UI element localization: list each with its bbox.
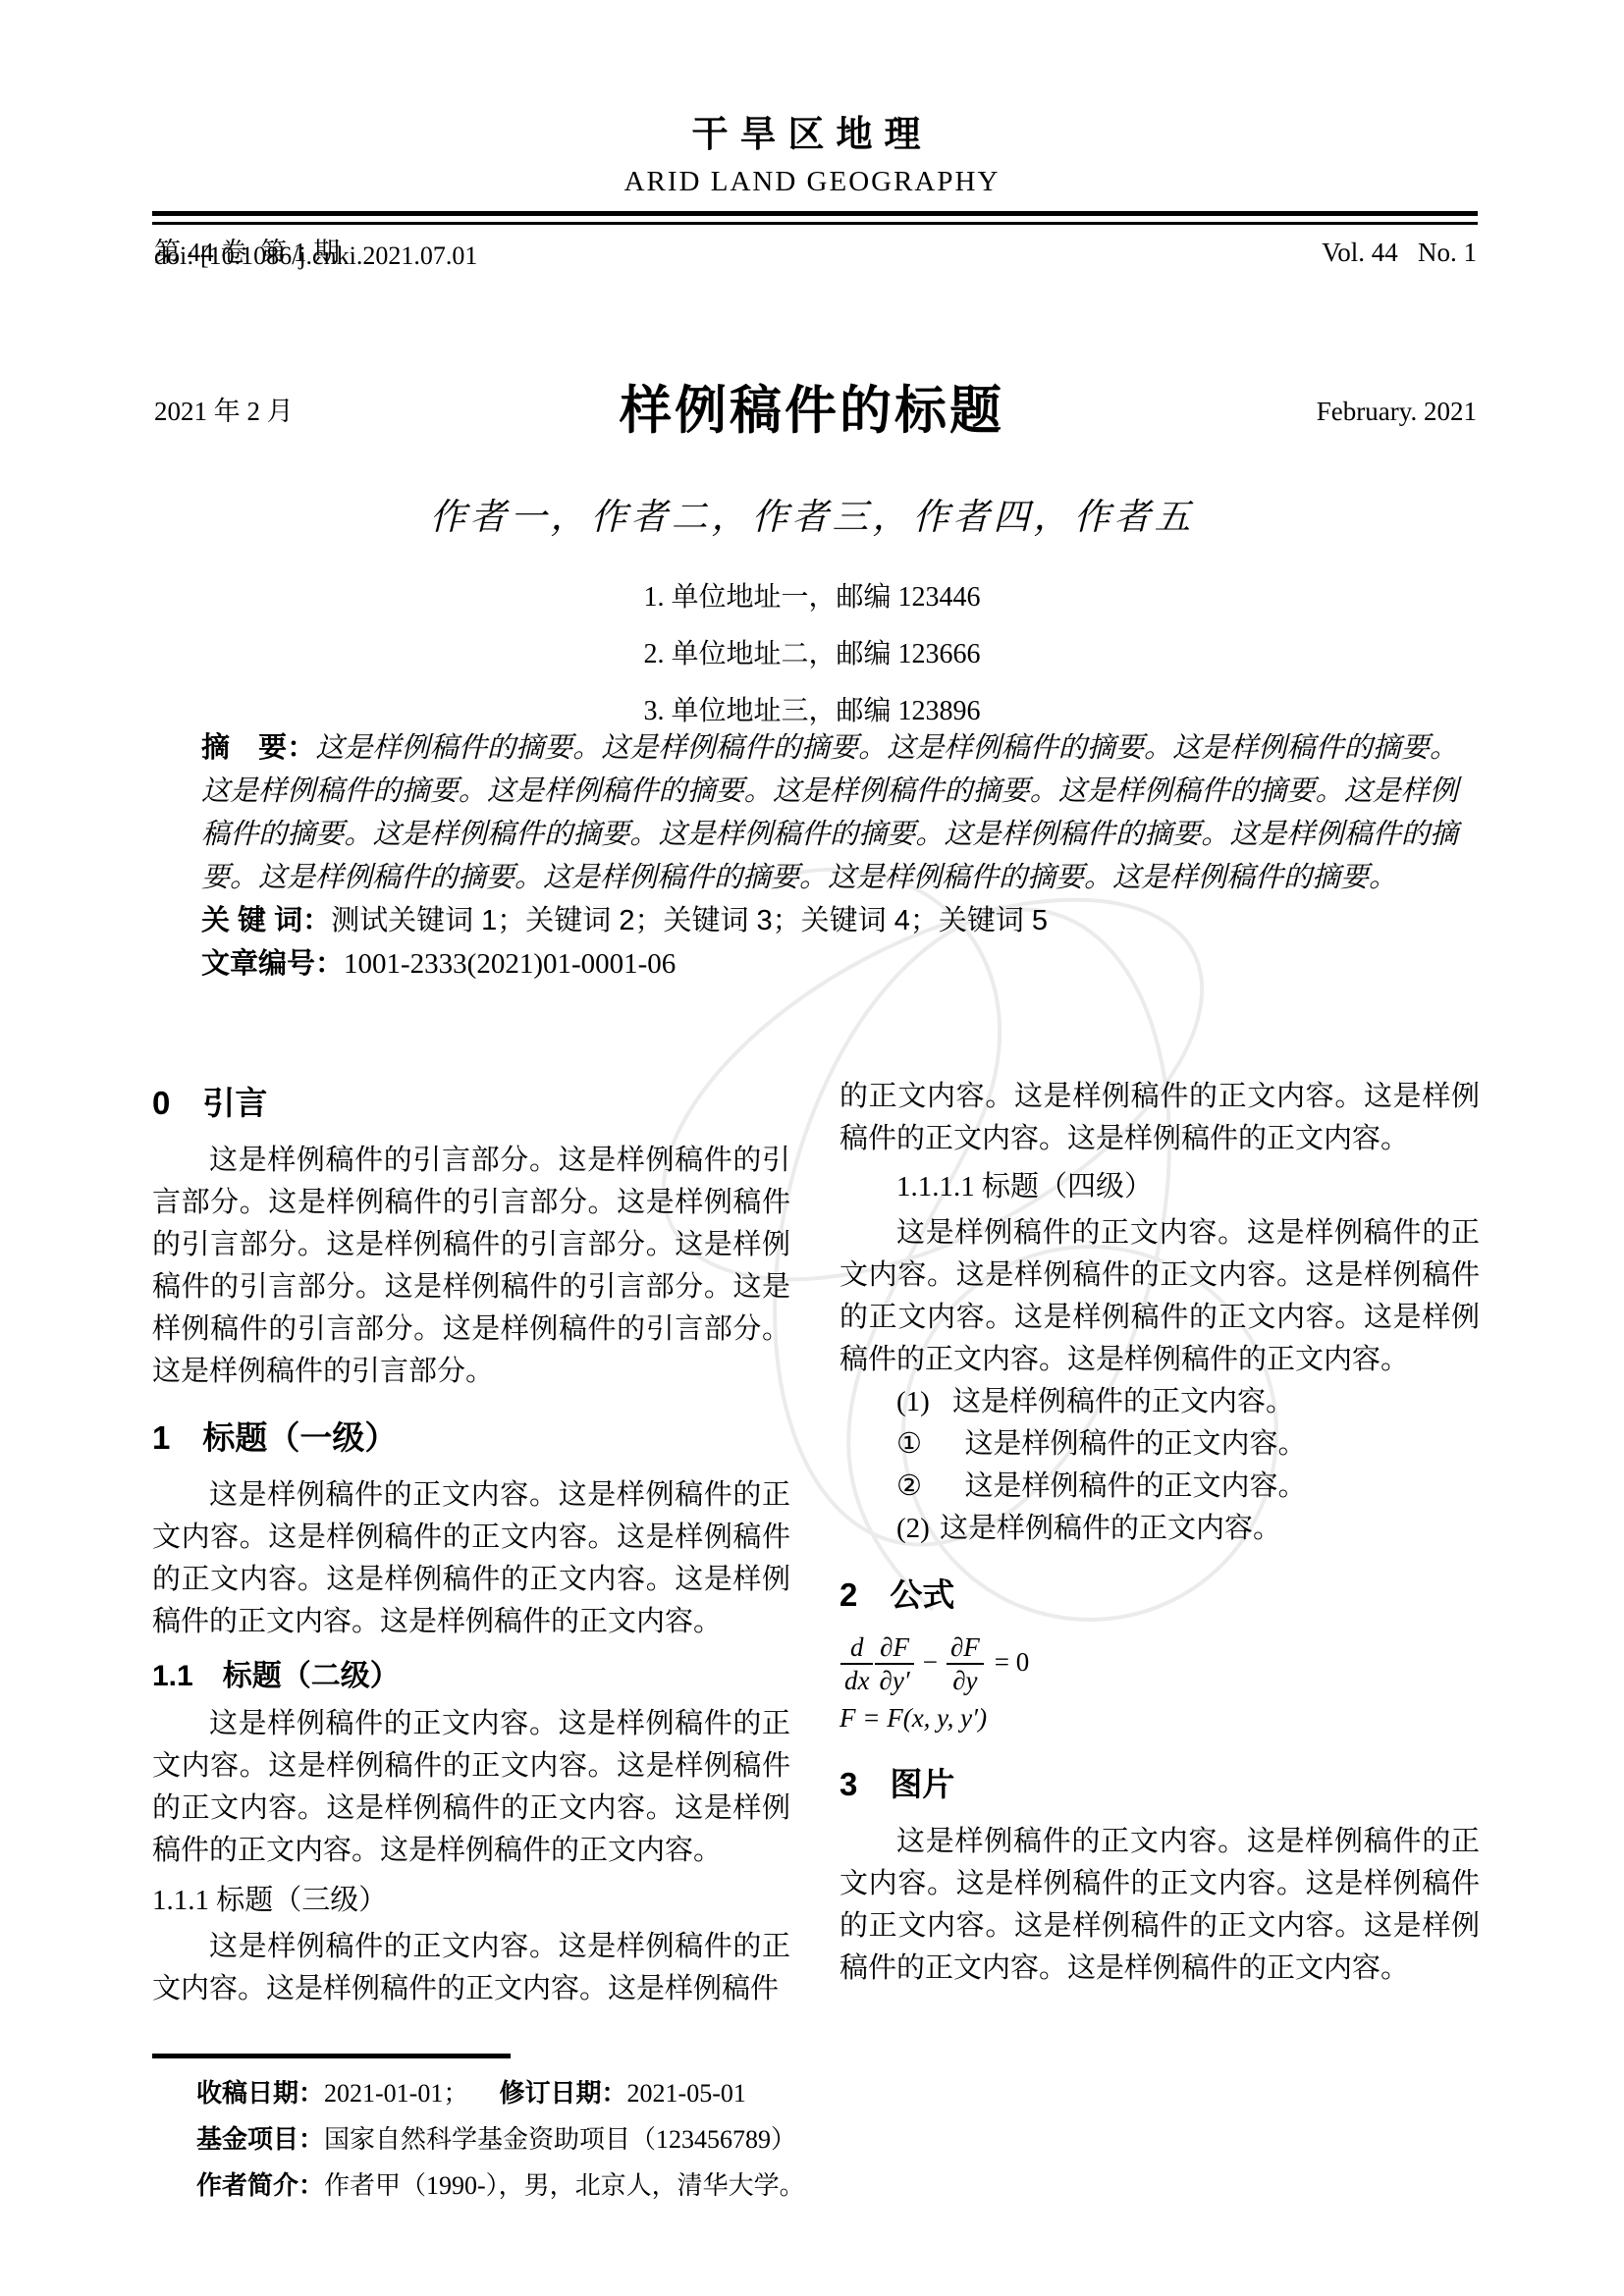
article-number-line: 文章编号：1001-2333(2021)01-0001-06 [201,942,1458,986]
footnote-block: 收稿日期：2021-01-01；修订日期：2021-05-01 基金项目：国家自… [152,2054,898,2209]
keywords-label: 关 键 词： [201,905,331,936]
minus-operator: − [923,1647,938,1677]
doi: doi: [10.1086/j.cnki.2021.07.01 [154,241,477,271]
section-heading-1: 1 标题（一级） [152,1416,790,1459]
abstract-text: 这是样例稿件的摘要。这是样例稿件的摘要。这是样例稿件的摘要。这是样例稿件的摘要。… [201,732,1458,893]
equals-zero: = 0 [995,1647,1029,1677]
bio-label: 作者简介： [196,2170,324,2200]
footnote-fund: 基金项目：国家自然科学基金资助项目（123456789） [152,2116,898,2163]
left-column: 0 引言 这是样例稿件的引言部分。这是样例稿件的引言部分。这是样例稿件的引言部分… [152,1076,790,2010]
received-value: 2021-01-01； [324,2079,468,2108]
list-item: (2)这是样例稿件的正文内容。 [839,1508,1480,1550]
list-marker: (1) [896,1381,930,1423]
fraction: ddx [840,1631,873,1697]
section-1-1-paragraph: 这是样例稿件的正文内容。这是样例稿件的正文内容。这是样例稿件的正文内容。这是样例… [152,1703,790,1872]
fraction: ∂F∂y [947,1631,984,1697]
section-3-paragraph: 这是样例稿件的正文内容。这是样例稿件的正文内容。这是样例稿件的正文内容。这是样例… [839,1821,1480,1990]
article-number-value: 1001-2333(2021)01-0001-06 [344,948,676,980]
section-heading-1-1: 1.1 标题（二级） [152,1655,790,1697]
affiliation-1: 1. 单位地址一，邮编 123446 [0,569,1624,626]
fraction-denominator: ∂y′ [875,1665,913,1696]
section-heading-3: 3 图片 [839,1763,1480,1805]
list-text: 这是样例稿件的正文内容。 [965,1470,1307,1502]
article-number-label: 文章编号： [201,948,344,980]
received-label: 收稿日期： [196,2078,324,2108]
footnote-bio: 作者简介：作者甲（1990-），男，北京人，清华大学。 [152,2163,898,2209]
list-item: ①这是样例稿件的正文内容。 [839,1423,1480,1466]
right-column: 的正文内容。这是样例稿件的正文内容。这是样例稿件的正文内容。这是样例稿件的正文内… [839,1076,1480,1990]
fraction: ∂F∂y′ [875,1631,913,1697]
abstract-block: 摘 要：这是样例稿件的摘要。这是样例稿件的摘要。这是样例稿件的摘要。这是样例稿件… [201,726,1458,986]
fraction-denominator: dx [840,1665,873,1696]
intro-paragraph: 这是样例稿件的引言部分。这是样例稿件的引言部分。这是样例稿件的引言部分。这是样例… [152,1140,790,1393]
fraction-denominator: ∂y [947,1665,984,1696]
section-heading-2: 2 公式 [839,1574,1480,1616]
list-text: 这是样例稿件的正文内容。 [965,1428,1307,1460]
list-marker: ① [896,1423,922,1466]
list-marker: ② [896,1466,922,1508]
affiliation-2: 2. 单位地址二，邮编 123666 [0,626,1624,683]
list-text: 这是样例稿件的正文内容。 [940,1513,1281,1544]
section-1-paragraph: 这是样例稿件的正文内容。这是样例稿件的正文内容。这是样例稿件的正文内容。这是样例… [152,1474,790,1643]
journal-page: 第 44 卷 第 1 期 2021 年 2 月 干旱区地理 ARID LAND … [0,0,1624,2296]
header-right: Vol. 44 No. 1 February. 2021 [1317,120,1477,544]
keywords-text: 测试关键词 1；关键词 2；关键词 3；关键词 4；关键词 5 [331,905,1048,936]
header-divider [152,211,1478,225]
abstract-paragraph: 摘 要：这是样例稿件的摘要。这是样例稿件的摘要。这是样例稿件的摘要。这是样例稿件… [201,726,1458,899]
section-heading-1-1-1: 1.1.1 标题（三级） [152,1880,790,1922]
list-text: 这是样例稿件的正文内容。 [952,1386,1294,1417]
volume-issue-en: Vol. 44 No. 1 [1317,226,1477,279]
list-item: ②这是样例稿件的正文内容。 [839,1466,1480,1508]
section-heading-1-1-1-1: 1.1.1.1 标题（四级） [839,1166,1480,1208]
fund-value: 国家自然科学基金资助项目（123456789） [324,2125,796,2154]
formula-definition: F = F(x, y, y′) [839,1697,1480,1739]
formula-euler-lagrange: ddx∂F∂y′−∂F∂y= 0 [839,1631,1480,1697]
fraction-numerator: ∂F [947,1631,984,1665]
revised-label: 修订日期： [500,2078,627,2108]
fund-label: 基金项目： [196,2124,324,2154]
footnote-rule [152,2054,511,2058]
revised-value: 2021-05-01 [627,2079,746,2108]
affiliations: 1. 单位地址一，邮编 123446 2. 单位地址二，邮编 123666 3.… [0,569,1624,740]
bio-value: 作者甲（1990-），男，北京人，清华大学。 [324,2171,805,2200]
authors-line: 作者一，作者二，作者三，作者四，作者五 [0,487,1624,540]
list-item: (1)这是样例稿件的正文内容。 [839,1381,1480,1423]
section-1-1-1-paragraph: 这是样例稿件的正文内容。这是样例稿件的正文内容。这是样例稿件的正文内容。这是样例… [152,1926,790,2010]
fraction-numerator: d [840,1631,873,1665]
footnote-dates: 收稿日期：2021-01-01；修订日期：2021-05-01 [152,2070,898,2116]
page-title: 样例稿件的标题 [0,369,1624,444]
fraction-numerator: ∂F [875,1631,913,1665]
section-heading-intro: 0 引言 [152,1082,790,1124]
list-marker: (2) [896,1508,930,1550]
section-1-1-1-1-paragraph: 这是样例稿件的正文内容。这是样例稿件的正文内容。这是样例稿件的正文内容。这是样例… [839,1212,1480,1381]
numbered-list: (1)这是样例稿件的正文内容。 ①这是样例稿件的正文内容。 ②这是样例稿件的正文… [839,1381,1480,1550]
keywords-line: 关 键 词：测试关键词 1；关键词 2；关键词 3；关键词 4；关键词 5 [201,899,1458,942]
abstract-label: 摘 要： [201,732,315,764]
section-1-1-1-paragraph-continued: 的正文内容。这是样例稿件的正文内容。这是样例稿件的正文内容。这是样例稿件的正文内… [839,1076,1480,1160]
